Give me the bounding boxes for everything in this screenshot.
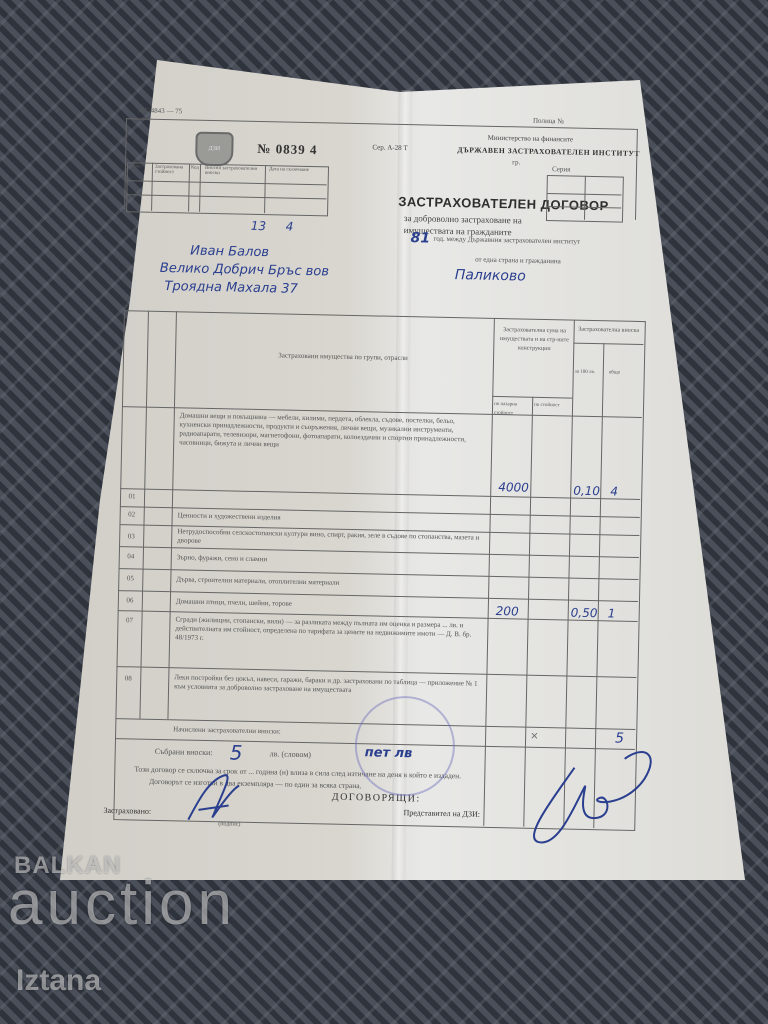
series-label: Серия	[552, 165, 570, 173]
contract-form: ЖС 4843 — 75 Полица № ДЗИ № 0839 4 Сер. …	[103, 118, 678, 830]
representative-signature	[513, 736, 665, 849]
representative-label: Представител на ДЗИ:	[403, 808, 480, 819]
collected-label: Събрани вноски:	[155, 747, 213, 757]
collected-value: 5	[229, 740, 242, 764]
insured-street: Троядна Махала 37	[164, 279, 298, 297]
premium-value-2: 1	[608, 606, 616, 620]
document-number: № 0839 4	[257, 141, 317, 158]
sum-value-2: 200	[496, 604, 519, 618]
insured-signature	[178, 769, 249, 830]
sum-value-1: 4000	[498, 480, 529, 495]
insured-signature-label: Застраховано:	[103, 806, 151, 816]
series-code: Сер. А-28 Т	[372, 143, 407, 152]
watermark-seller: Iztana	[16, 964, 101, 998]
collected-words-label: лв. (словом)	[270, 749, 311, 759]
insured-name: Иван Балов	[190, 244, 269, 261]
form-code: ЖС 4843 — 75	[138, 106, 182, 115]
insured-address: Велико Добрич Бръс вов	[160, 261, 329, 280]
table-row-text: Домашни вещи и покъщнина — мебели, килим…	[179, 411, 485, 453]
table-row-num: 01	[120, 492, 144, 501]
watermark-auction: auction	[8, 868, 236, 939]
policy-label: Полица №	[533, 117, 564, 126]
table-header-sum: Застрахователна сума на имуществата и на…	[497, 326, 572, 355]
rate-value-1: 0,10	[573, 484, 600, 499]
table-header-premium: Застрахователна вноска	[576, 326, 642, 336]
premium-value-1: 4	[610, 484, 618, 498]
contract-year: 81	[410, 230, 430, 246]
rate-value-2: 0,50	[571, 606, 598, 621]
contract-month: 4	[286, 220, 294, 234]
contract-day: 13	[251, 219, 267, 233]
insurer-emblem-icon: ДЗИ	[195, 132, 234, 167]
insured-village: Паликово	[455, 267, 526, 284]
city-label: гр.	[512, 158, 520, 166]
